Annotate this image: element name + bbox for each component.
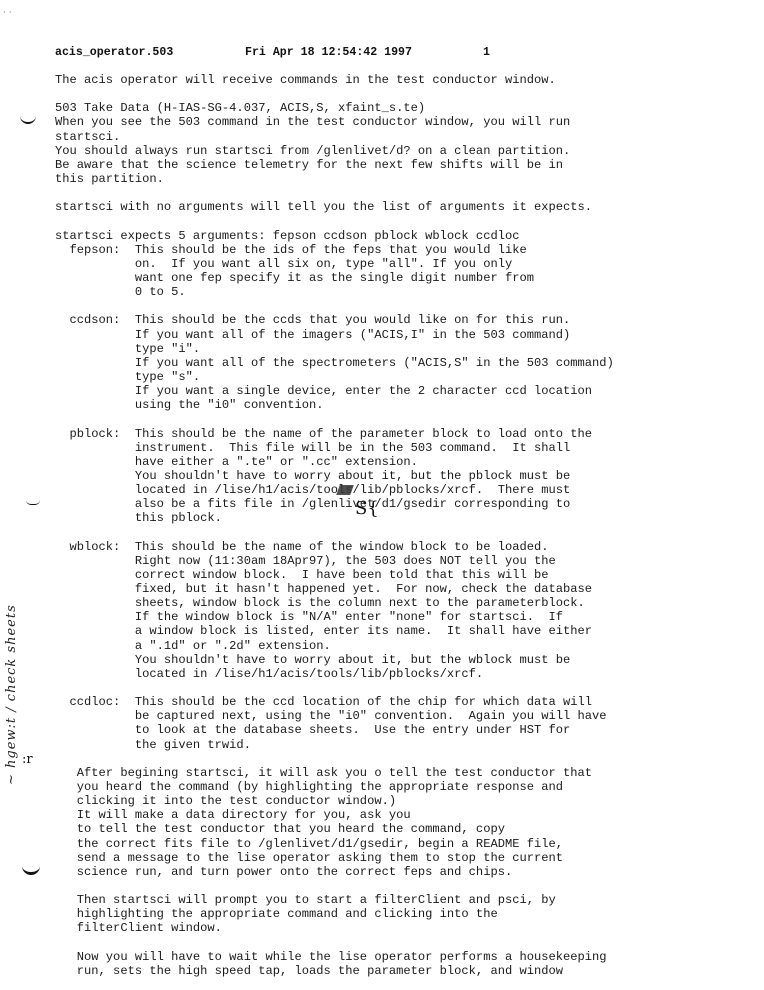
document-page: acis_operator.503 Fri Apr 18 12:54:42 19… — [0, 0, 764, 990]
text-line: correct window block. I have been told t… — [55, 568, 614, 582]
text-line: 503 Take Data (H-IAS-SG-4.037, ACIS,S, x… — [55, 101, 614, 115]
header-filename: acis_operator.503 — [55, 46, 173, 59]
handwritten-margin-note: ~ hgew:t / check sheets — [4, 604, 19, 785]
text-line: this partition. — [55, 172, 614, 186]
text-line: a ".1d" or ".2d" extension. — [55, 639, 614, 653]
text-line: you heard the command (by highlighting t… — [55, 780, 614, 794]
text-line: instrument. This file will be in the 503… — [55, 441, 614, 455]
text-line — [55, 526, 614, 540]
text-line: If you want all of the spectrometers ("A… — [55, 356, 614, 370]
text-line: want one fep specify it as the single di… — [55, 271, 614, 285]
handwritten-small-mark: :r — [22, 752, 33, 767]
text-line — [55, 299, 614, 313]
text-line: pblock: This should be the name of the p… — [55, 427, 614, 441]
text-line: Right now (11:30am 18Apr97), the 503 doe… — [55, 554, 614, 568]
text-line — [55, 186, 614, 200]
text-line: clicking it into the test conductor wind… — [55, 794, 614, 808]
text-line: run, sets the high speed tap, loads the … — [55, 964, 614, 978]
text-line — [55, 936, 614, 950]
text-line: startsci with no arguments will tell you… — [55, 200, 614, 214]
text-line: to look at the database sheets. Use the … — [55, 723, 614, 737]
text-line: to tell the test conductor that you hear… — [55, 822, 614, 836]
handwritten-tick-mark — [22, 866, 40, 875]
text-line: this pblock. — [55, 511, 614, 525]
handwritten-tick-mark — [26, 500, 40, 505]
text-line — [55, 87, 614, 101]
text-line: send a message to the lise operator aski… — [55, 851, 614, 865]
text-line: When you see the 503 command in the test… — [55, 115, 614, 129]
text-line — [55, 412, 614, 426]
text-line: type "s". — [55, 370, 614, 384]
text-line: fixed, but it hasn't happened yet. For n… — [55, 582, 614, 596]
text-line: startsci expects 5 arguments: fepson ccd… — [55, 229, 614, 243]
text-line — [55, 879, 614, 893]
text-line: a window block is listed, enter its name… — [55, 624, 614, 638]
text-line: the given trwid. — [55, 738, 614, 752]
text-line: You shouldn't have to worry about it, bu… — [55, 469, 614, 483]
text-line: wblock: This should be the name of the w… — [55, 540, 614, 554]
text-line: If you want all of the imagers ("ACIS,I"… — [55, 328, 614, 342]
text-line: filterClient window. — [55, 921, 614, 935]
text-line: ccdson: This should be the ccds that you… — [55, 313, 614, 327]
handwritten-tick-mark — [20, 116, 36, 124]
text-line: If the window block is "N/A" enter "none… — [55, 610, 614, 624]
text-line: science run, and turn power onto the cor… — [55, 865, 614, 879]
text-line: Be aware that the science telemetry for … — [55, 158, 614, 172]
handwritten-s-mark: S{ — [355, 498, 379, 519]
text-line: also be a fits file in /glenlivet/d1/gse… — [55, 497, 614, 511]
text-line: Now you will have to wait while the lise… — [55, 950, 614, 964]
text-line: Then startsci will prompt you to start a… — [55, 893, 614, 907]
text-line: sheets, window block is the column next … — [55, 596, 614, 610]
text-line: located in /lise/h1/acis/tools/lib/pbloc… — [55, 667, 614, 681]
text-line: After begining startsci, it will ask you… — [55, 766, 614, 780]
text-line: startsci. — [55, 130, 614, 144]
text-line: The acis operator will receive commands … — [55, 73, 614, 87]
document-body: The acis operator will receive commands … — [55, 73, 614, 978]
text-line: be captured next, using the "i0" convent… — [55, 709, 614, 723]
text-line: fepson: This should be the ids of the fe… — [55, 243, 614, 257]
text-line — [55, 681, 614, 695]
text-line: type "i". — [55, 342, 614, 356]
text-line: It will make a data directory for you, a… — [55, 808, 614, 822]
text-line: ccdloc: This should be the ccd location … — [55, 695, 614, 709]
text-line: 0 to 5. — [55, 285, 614, 299]
text-line: highlighting the appropriate command and… — [55, 907, 614, 921]
text-line: located in /lise/h1/acis/tools/lib/pbloc… — [55, 483, 614, 497]
text-line: the correct fits file to /glenlivet/d1/g… — [55, 837, 614, 851]
header-page-number: 1 — [483, 46, 490, 59]
header-datetime: Fri Apr 18 12:54:42 1997 — [245, 46, 412, 59]
text-line: have either a ".te" or ".cc" extension. — [55, 455, 614, 469]
scan-speck: · · — [3, 8, 12, 18]
text-line: You should always run startsci from /gle… — [55, 144, 614, 158]
text-line: If you want a single device, enter the 2… — [55, 384, 614, 398]
text-line — [55, 214, 614, 228]
text-line: on. If you want all six on, type "all". … — [55, 257, 614, 271]
text-line: using the "i0" convention. — [55, 398, 614, 412]
text-line: You shouldn't have to worry about it, bu… — [55, 653, 614, 667]
text-line — [55, 752, 614, 766]
